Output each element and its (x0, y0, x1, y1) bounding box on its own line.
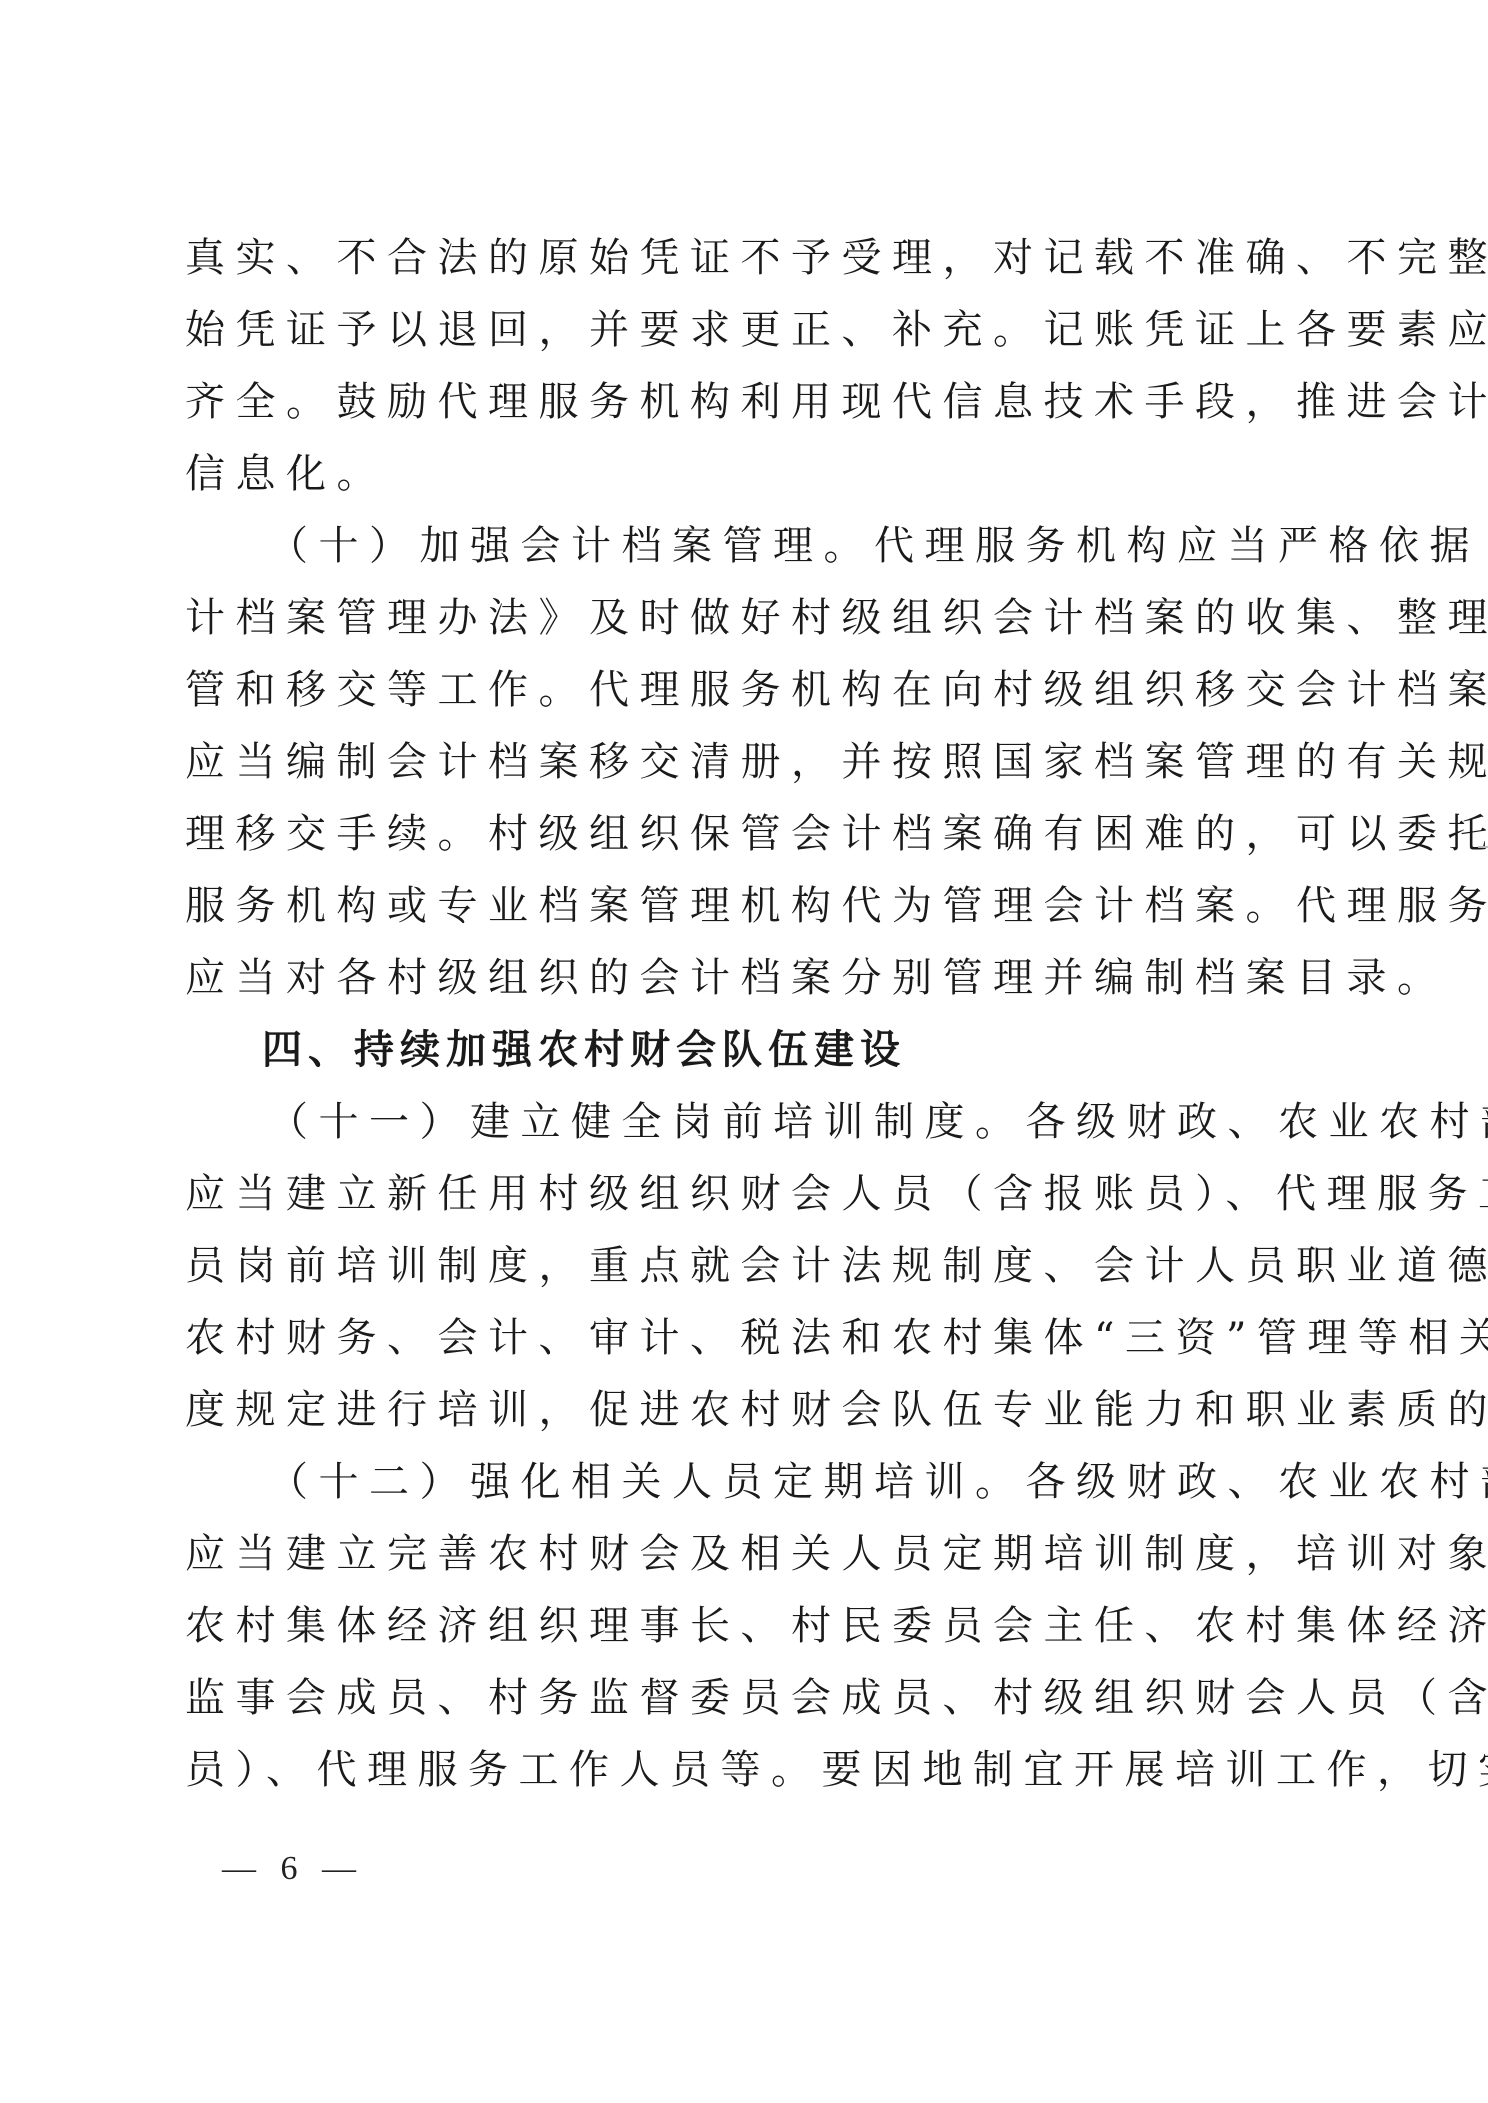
text-line: 信息化。 (185, 444, 1305, 504)
text-line: 始凭证予以退回，并要求更正、补充。记账凭证上各要素应填写 (185, 300, 1305, 360)
text-line: 应当建立完善农村财会及相关人员定期培训制度，培训对象包括 (185, 1524, 1305, 1584)
text-line: 农村财务、会计、审计、税法和农村集体“三资”管理等相关制 (185, 1308, 1305, 1368)
text-line: 齐全。鼓励代理服务机构利用现代信息技术手段，推进会计工作 (185, 372, 1305, 432)
text-line: 应当编制会计档案移交清册，并按照国家档案管理的有关规定办 (185, 732, 1305, 792)
text-line: 计档案管理办法》及时做好村级组织会计档案的收集、整理、保 (185, 588, 1305, 648)
text-line: 应当对各村级组织的会计档案分别管理并编制档案目录。 (185, 948, 1305, 1008)
scan-edge-mark (1478, 846, 1488, 848)
text-line: 真实、不合法的原始凭证不予受理，对记载不准确、不完整的原 (185, 228, 1305, 288)
text-line: 员）、代理服务工作人员等。要因地制宜开展培训工作，切实提升 (185, 1740, 1305, 1800)
document-page: 真实、不合法的原始凭证不予受理，对记载不准确、不完整的原始凭证予以退回，并要求更… (0, 0, 1488, 2103)
text-line: （十）加强会计档案管理。代理服务机构应当严格依据《会 (268, 516, 1305, 576)
text-line: 度规定进行培训，促进农村财会队伍专业能力和职业素质的提升。 (185, 1380, 1305, 1440)
text-line: 理移交手续。村级组织保管会计档案确有困难的，可以委托代理 (185, 804, 1305, 864)
text-line: 监事会成员、村务监督委员会成员、村级组织财会人员（含报账 (185, 1668, 1305, 1728)
text-line: （十二）强化相关人员定期培训。各级财政、农业农村部门 (268, 1452, 1305, 1512)
text-line: 服务机构或专业档案管理机构代为管理会计档案。代理服务机构 (185, 876, 1305, 936)
text-line: 应当建立新任用村级组织财会人员（含报账员）、代理服务工作人 (185, 1164, 1305, 1224)
page-number: — 6 — (222, 1850, 364, 1888)
text-line: （十一）建立健全岗前培训制度。各级财政、农业农村部门 (268, 1092, 1305, 1152)
section-heading: 四、持续加强农村财会队伍建设 (262, 1020, 906, 1080)
text-line: 管和移交等工作。代理服务机构在向村级组织移交会计档案时， (185, 660, 1305, 720)
text-line: 员岗前培训制度，重点就会计法规制度、会计人员职业道德以及 (185, 1236, 1305, 1296)
text-line: 农村集体经济组织理事长、村民委员会主任、农村集体经济组织 (185, 1596, 1305, 1656)
